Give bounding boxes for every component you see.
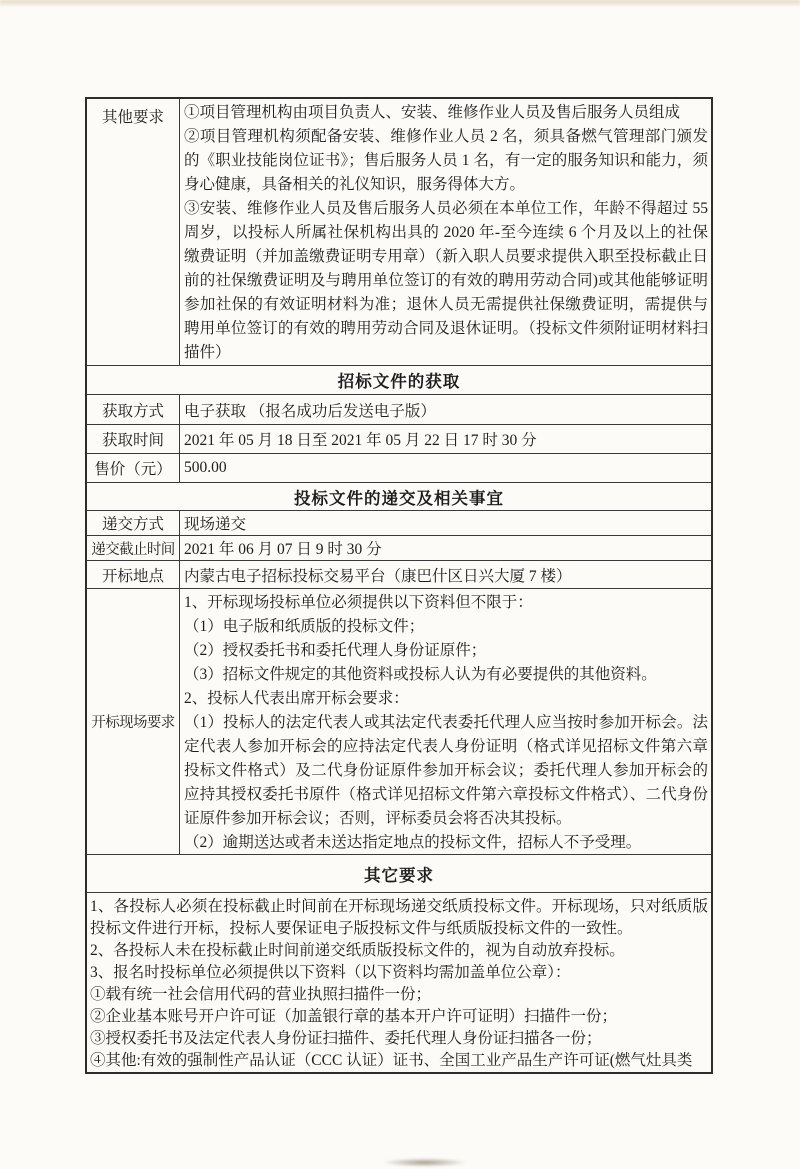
opening-location-value: 内蒙古电子招标投标交易平台（康巴什区日兴大厦 7 楼） bbox=[180, 561, 711, 588]
opening-site-requirements-label-cell: 开标现场要求 bbox=[87, 589, 180, 854]
acquisition-method-label: 获取方式 bbox=[102, 399, 164, 421]
submission-section-title: 投标文件的递交及相关事宜 bbox=[87, 485, 711, 509]
other-requirements-row: 其他要求 ①项目管理机构由项目负责人、安装、维修作业人员及售后服务人员组成 ②项… bbox=[87, 99, 711, 365]
acquisition-time-value: 2021 年 05 月 18 日至 2021 年 05 月 22 日 17 时 … bbox=[180, 425, 711, 453]
acquisition-method-label-cell: 获取方式 bbox=[87, 395, 180, 424]
submission-method-row: 递交方式 现场递交 bbox=[87, 510, 711, 535]
submission-method-label: 递交方式 bbox=[102, 512, 164, 534]
other-requirements-label-cell: 其他要求 bbox=[87, 99, 180, 365]
opening-site-requirements-row: 开标现场要求 1、开标现场投标单位必须提供以下资料但不限于： （1）电子版和纸质… bbox=[87, 588, 711, 854]
opening-location-label: 开标地点 bbox=[102, 564, 164, 586]
acquisition-method-row: 获取方式 电子获取 （报名成功后发送电子版） bbox=[87, 394, 711, 424]
acquisition-method-value: 电子获取 （报名成功后发送电子版） bbox=[180, 395, 711, 424]
price-row: 售价（元） 500.00 bbox=[87, 453, 711, 482]
submission-method-label-cell: 递交方式 bbox=[87, 511, 180, 535]
other-requirements-label: 其他要求 bbox=[102, 105, 164, 127]
submission-deadline-label-cell: 递交截止时间 bbox=[87, 536, 180, 560]
submission-section-header-row: 投标文件的递交及相关事宜 bbox=[87, 482, 711, 510]
opening-site-requirements-label: 开标现场要求 bbox=[91, 711, 174, 732]
acquisition-time-label-cell: 获取时间 bbox=[87, 425, 180, 453]
opening-location-row: 开标地点 内蒙古电子招标投标交易平台（康巴什区日兴大厦 7 楼） bbox=[87, 560, 711, 588]
acquisition-time-label: 获取时间 bbox=[102, 428, 164, 450]
scan-artifact-bottom-smudge bbox=[382, 1158, 468, 1167]
opening-site-requirements-content: 1、开标现场投标单位必须提供以下资料但不限于： （1）电子版和纸质版的投标文件；… bbox=[180, 589, 711, 854]
submission-method-value: 现场递交 bbox=[180, 511, 711, 535]
price-label: 售价（元） bbox=[94, 457, 172, 479]
scanned-document-page: 其他要求 ①项目管理机构由项目负责人、安装、维修作业人员及售后服务人员组成 ②项… bbox=[0, 0, 800, 1169]
other-notes-section-header-row: 其它要求 bbox=[87, 854, 711, 892]
bid-info-table: 其他要求 ①项目管理机构由项目负责人、安装、维修作业人员及售后服务人员组成 ②项… bbox=[85, 97, 713, 1074]
other-notes-section-title: 其它要求 bbox=[87, 862, 711, 886]
opening-location-label-cell: 开标地点 bbox=[87, 561, 180, 588]
acquisition-section-header-row: 招标文件的获取 bbox=[87, 365, 711, 394]
price-label-cell: 售价（元） bbox=[87, 454, 180, 482]
submission-deadline-value: 2021 年 06 月 07 日 9 时 30 分 bbox=[180, 536, 711, 560]
other-notes-row: 1、各投标人必须在投标截止时间前在开标现场递交纸质投标文件。开标现场，只对纸质版… bbox=[87, 892, 711, 1072]
acquisition-time-row: 获取时间 2021 年 05 月 18 日至 2021 年 05 月 22 日 … bbox=[87, 424, 711, 453]
submission-deadline-label: 递交截止时间 bbox=[91, 538, 174, 559]
acquisition-section-title: 招标文件的获取 bbox=[87, 368, 711, 392]
other-requirements-content: ①项目管理机构由项目负责人、安装、维修作业人员及售后服务人员组成 ②项目管理机构… bbox=[180, 99, 711, 365]
price-value: 500.00 bbox=[180, 454, 711, 482]
other-notes-content: 1、各投标人必须在投标截止时间前在开标现场递交纸质投标文件。开标现场，只对纸质版… bbox=[87, 893, 711, 1072]
submission-deadline-row: 递交截止时间 2021 年 06 月 07 日 9 时 30 分 bbox=[87, 535, 711, 560]
scan-artifact-top-band bbox=[0, 0, 800, 7]
